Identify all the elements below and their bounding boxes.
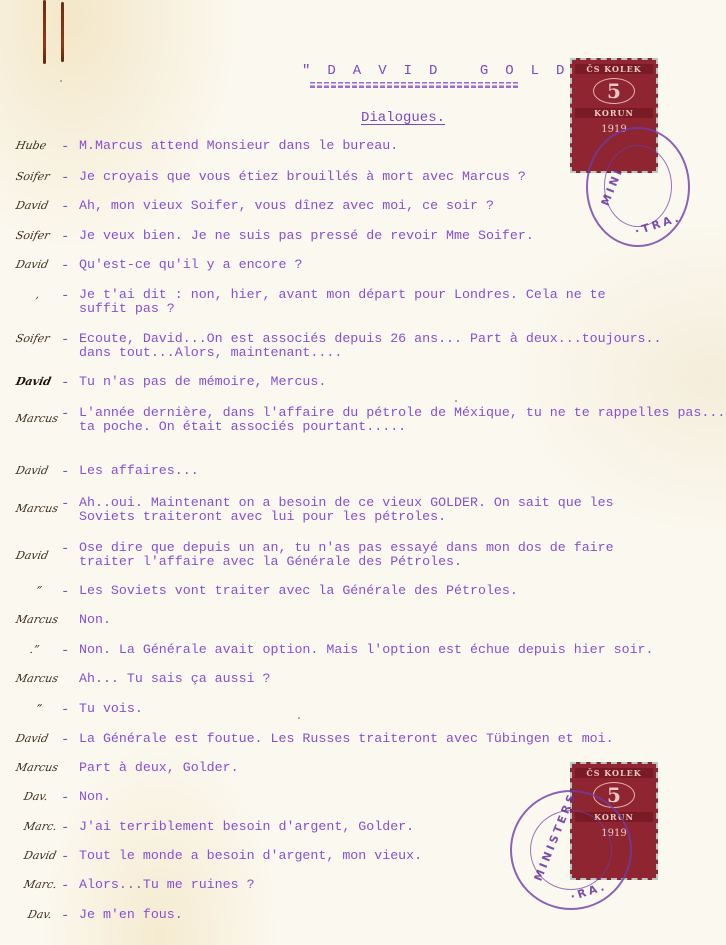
dialogue-dash: -	[61, 229, 69, 245]
stamp-label-bottom: KORUN	[575, 108, 653, 118]
dialogue-dash: -	[61, 732, 69, 748]
dialogue-text: Je t'ai dit : non, hier, avant mon dépar…	[79, 288, 606, 316]
speaker-note: Dav.	[23, 790, 84, 803]
speaker-note: David	[23, 849, 84, 862]
dialogue-line: Marc. - Alors...Tu me ruines ?	[0, 878, 726, 898]
dialogue-line: David - Ah, mon vieux Soifer, vous dînez…	[0, 199, 726, 219]
dialogue-dash: -	[61, 790, 69, 806]
staple-mark	[61, 2, 64, 62]
dialogue-text: Ecoute, David...On est associés depuis 2…	[79, 332, 662, 360]
dialogue-text: J'ai terriblement besoin d'argent, Golde…	[79, 820, 414, 834]
dialogue-line: David - Ose dire que depuis un an, tu n'…	[0, 541, 726, 561]
dialogue-dash: -	[61, 170, 69, 186]
staple-mark	[43, 0, 46, 64]
speaker-note: Marcus	[15, 613, 76, 626]
dialogue-line: Marc. - J'ai terriblement besoin d'argen…	[0, 820, 726, 840]
dialogue-text: Ah..oui. Maintenant on a besoin de ce vi…	[79, 496, 614, 524]
dialogue-dash: -	[61, 820, 69, 836]
dialogue-line: .” - Non. La Générale avait option. Mais…	[0, 643, 726, 663]
dialogue-dash: -	[61, 541, 69, 557]
dialogue-text: Les Soviets vont traiter avec la Général…	[79, 584, 518, 598]
dialogue-line: David - Tout le monde a besoin d'argent,…	[0, 849, 726, 869]
dialogue-text: Je veux bien. Je ne suis pas pressé de r…	[79, 229, 534, 243]
dialogue-line: Soifer - Je croyais que vous étiez broui…	[0, 170, 726, 190]
dialogue-text: Non.	[79, 613, 111, 627]
dialogue-dash: -	[61, 258, 69, 274]
dialogue-dash: -	[61, 584, 69, 600]
speaker-note: Marc.	[23, 820, 84, 833]
dialogue-dash: -	[61, 139, 69, 155]
dialogue-line: Hube - M.Marcus attend Monsieur dans le …	[0, 139, 726, 159]
dialogue-line: Dav. - Non.	[0, 790, 726, 810]
dialogue-text: Ose dire que depuis un an, tu n'as pas e…	[79, 541, 614, 569]
dialogue-line: Marcus Non.	[0, 613, 726, 633]
dialogue-dash: -	[61, 908, 69, 924]
speaker-note: Marcus	[15, 761, 76, 774]
dialogue-line: Soifer - Ecoute, David...On est associés…	[0, 332, 726, 352]
dialogue-dash: -	[61, 496, 69, 512]
dialogue-line: David - Les affaires...	[0, 464, 726, 484]
paper-speck	[455, 400, 457, 402]
dialogue-dash: -	[61, 406, 69, 422]
dialogue-dash: -	[61, 199, 69, 215]
speaker-note: Marcus	[15, 672, 76, 685]
dialogue-dash: -	[61, 643, 69, 659]
dialogue-text: Tu vois.	[79, 702, 143, 716]
dialogue-text: Ah... Tu sais ça aussi ?	[79, 672, 271, 686]
dialogue-dash: -	[61, 702, 69, 718]
dialogue-line: David - Tu n'as pas de mémoire, Mercus.	[0, 375, 726, 395]
dialogue-dash: -	[61, 878, 69, 894]
dialogue-line: ” - Les Soviets vont traiter avec la Gén…	[0, 584, 726, 604]
dialogue-line: Marcus Part à deux, Golder.	[0, 761, 726, 781]
dialogue-line: Dav. - Je m'en fous.	[0, 908, 726, 928]
dialogue-dash: -	[61, 464, 69, 480]
dialogue-text: Tout le monde a besoin d'argent, mon vie…	[79, 849, 422, 863]
stamp-value: 5	[593, 78, 635, 104]
dialogue-text: Part à deux, Golder.	[79, 761, 239, 775]
dialogue-text: Non.	[79, 790, 111, 804]
dialogue-line: ‚ - Je t'ai dit : non, hier, avant mon d…	[0, 288, 726, 308]
dialogue-line: Marcus - L'année dernière, dans l'affair…	[0, 406, 726, 426]
dialogue-line: David - Qu'est-ce qu'il y a encore ?	[0, 258, 726, 278]
dialogue-dash: -	[61, 332, 69, 348]
section-heading: Dialogues.	[361, 110, 445, 126]
dialogue-text: Non. La Générale avait option. Mais l'op…	[79, 643, 654, 657]
paper-speck	[60, 80, 62, 82]
dialogue-text: Ah, mon vieux Soifer, vous dînez avec mo…	[79, 199, 494, 213]
dialogue-line: ” - Tu vois.	[0, 702, 726, 722]
dialogue-dash: -	[61, 375, 69, 391]
dialogue-text: Je m'en fous.	[79, 908, 183, 922]
dialogue-text: L'année dernière, dans l'affaire du pétr…	[79, 406, 726, 434]
dialogue-line: Marcus - Ah..oui. Maintenant on a besoin…	[0, 496, 726, 516]
title-double-underline	[310, 82, 520, 88]
dialogue-text: Tu n'as pas de mémoire, Mercus.	[79, 375, 326, 389]
dialogue-text: M.Marcus attend Monsieur dans le bureau.	[79, 139, 398, 153]
dialogue-dash: -	[61, 288, 69, 304]
typewritten-page: " D A V I D G O L D E R ." Dialogues. ČS…	[0, 0, 726, 945]
dialogue-text: Qu'est-ce qu'il y a encore ?	[79, 258, 302, 272]
speaker-note: Marc.	[23, 878, 84, 891]
dialogue-line: Soifer - Je veux bien. Je ne suis pas pr…	[0, 229, 726, 249]
dialogue-text: Alors...Tu me ruines ?	[79, 878, 255, 892]
dialogue-dash: -	[61, 849, 69, 865]
dialogue-text: Les affaires...	[79, 464, 199, 478]
dialogue-text: Je croyais que vous étiez brouillés à mo…	[79, 170, 526, 184]
stamp-label-top: ČS KOLEK	[575, 64, 653, 74]
dialogue-line: Marcus Ah... Tu sais ça aussi ?	[0, 672, 726, 692]
dialogue-line: David - La Générale est foutue. Les Russ…	[0, 732, 726, 752]
dialogue-text: La Générale est foutue. Les Russes trait…	[79, 732, 614, 746]
